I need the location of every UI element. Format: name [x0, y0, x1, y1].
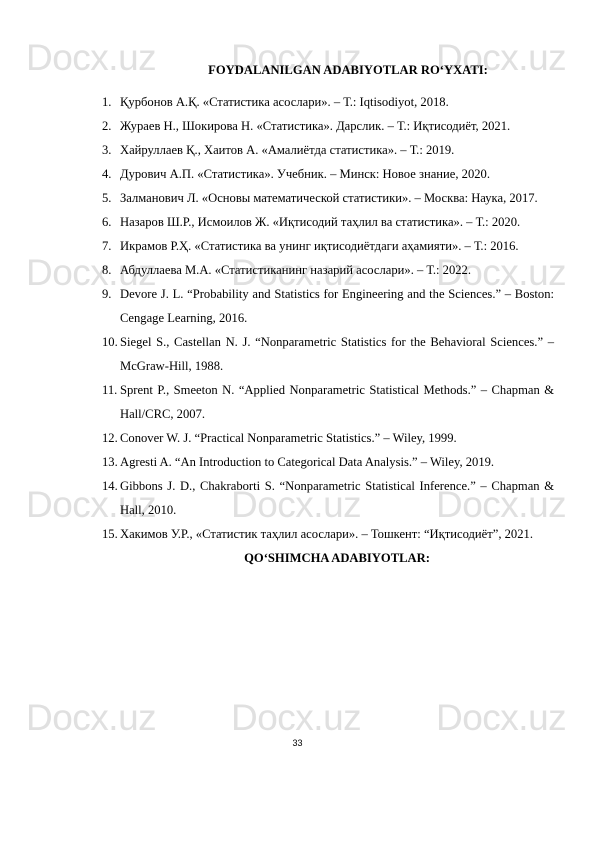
reference-item: 12.Conover W. J. “Practical Nonparametri…	[102, 426, 554, 450]
reference-text: Хайруллаев Қ., Хаитов А. «Амалиётда стат…	[120, 143, 454, 157]
reference-text: Икрамов Р.Ҳ. «Статистика ва унинг иқтисо…	[120, 239, 519, 253]
reference-item: 2.Жураев Н., Шокирова Н. «Статистика». Д…	[102, 114, 554, 138]
reference-item: 1.Қурбонов А.Қ. «Статистика асослари». –…	[102, 90, 554, 114]
reference-text: Gibbons J. D., Chakraborti S. “Nonparame…	[120, 479, 554, 517]
reference-number: 5.	[102, 186, 111, 210]
reference-number: 13.	[102, 450, 118, 474]
reference-number: 2.	[102, 114, 111, 138]
document-body: FOYDALANILGAN ADABIYOTLAR RO‘YXATI: 1.Қу…	[102, 58, 554, 570]
reference-item: 14.Gibbons J. D., Chakraborti S. “Nonpar…	[102, 474, 554, 522]
reference-text: Абдуллаева М.А. «Статистиканинг назарий …	[120, 263, 471, 277]
reference-number: 11.	[102, 378, 117, 402]
watermark: Docx.uz	[26, 698, 156, 738]
reference-text: Дурович А.П. «Статистика». Учебник. – Ми…	[120, 167, 490, 181]
reference-text: Devore J. L. “Probability and Statistics…	[120, 287, 554, 325]
reference-number: 12.	[102, 426, 118, 450]
reference-item: 9.Devore J. L. “Probability and Statisti…	[102, 282, 554, 330]
reference-item: 10.Siegel S., Castellan N. J. “Nonparame…	[102, 330, 554, 378]
reference-item: 3.Хайруллаев Қ., Хаитов А. «Амалиётда ст…	[102, 138, 554, 162]
reference-number: 9.	[102, 282, 111, 306]
reference-text: Siegel S., Castellan N. J. “Nonparametri…	[120, 335, 554, 373]
reference-text: Залманович Л. «Основы математической ста…	[120, 191, 538, 205]
reference-number: 10.	[102, 330, 118, 354]
watermark: Docx.uz	[436, 698, 566, 738]
watermark: Docx.uz	[231, 698, 361, 738]
reference-number: 1.	[102, 90, 111, 114]
reference-item: 5.Залманович Л. «Основы математической с…	[102, 186, 554, 210]
reference-list: 1.Қурбонов А.Қ. «Статистика асослари». –…	[102, 90, 554, 546]
watermark-row: Docx.uz Docx.uz Docx.uz	[0, 698, 595, 738]
reference-item: 15.Хакимов У.Р., «Статистик таҳлил асосл…	[102, 522, 554, 546]
section-title-additional: QO‘SHIMCHA ADABIYOTLAR:	[102, 546, 554, 570]
reference-text: Хакимов У.Р., «Статистик таҳлил асослари…	[120, 527, 533, 541]
reference-number: 8.	[102, 258, 111, 282]
reference-text: Agresti A. “An Introduction to Categoric…	[120, 455, 494, 469]
reference-number: 4.	[102, 162, 111, 186]
page-number: 33	[0, 738, 595, 748]
reference-text: Conover W. J. “Practical Nonparametric S…	[120, 431, 457, 445]
reference-number: 6.	[102, 210, 111, 234]
reference-number: 3.	[102, 138, 111, 162]
reference-item: 13.Agresti A. “An Introduction to Catego…	[102, 450, 554, 474]
reference-item: 6.Назаров Ш.Р., Исмоилов Ж. «Иқтисодий т…	[102, 210, 554, 234]
reference-number: 15.	[102, 522, 118, 546]
reference-item: 4.Дурович А.П. «Статистика». Учебник. – …	[102, 162, 554, 186]
page-title: FOYDALANILGAN ADABIYOTLAR RO‘YXATI:	[102, 58, 554, 82]
reference-text: Жураев Н., Шокирова Н. «Статистика». Дар…	[120, 119, 510, 133]
reference-text: Sprent P., Smeeton N. “Applied Nonparame…	[120, 383, 554, 421]
reference-text: Назаров Ш.Р., Исмоилов Ж. «Иқтисодий таҳ…	[120, 215, 520, 229]
reference-text: Қурбонов А.Қ. «Статистика асослари». – Т…	[120, 95, 449, 109]
reference-number: 14.	[102, 474, 118, 498]
reference-item: 11.Sprent P., Smeeton N. “Applied Nonpar…	[102, 378, 554, 426]
reference-item: 7.Икрамов Р.Ҳ. «Статистика ва унинг иқти…	[102, 234, 554, 258]
reference-item: 8.Абдуллаева М.А. «Статистиканинг назари…	[102, 258, 554, 282]
reference-number: 7.	[102, 234, 111, 258]
